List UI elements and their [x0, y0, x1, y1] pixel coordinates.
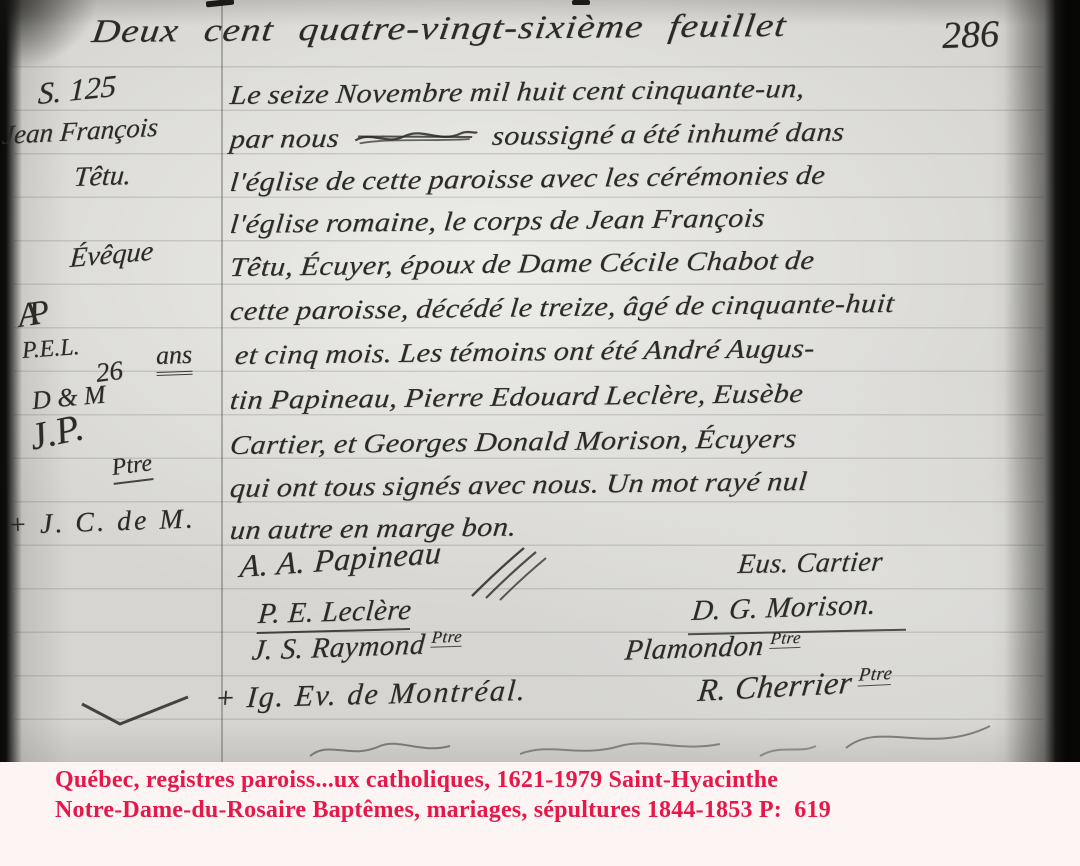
margin-initials-jcdem: + J. C. de M. — [7, 503, 196, 542]
record-line-7: et cinq mois. Les témoins ont été André … — [234, 333, 817, 371]
signature-morison: D. G. Morison. — [690, 589, 878, 628]
record-line-3: l'église de cette paroisse avec les céré… — [229, 160, 827, 198]
margin-role: Évêque — [69, 236, 154, 275]
margin-name-line2: Têtu. — [73, 160, 133, 194]
signature-plamondon: PlamondonPtre — [623, 628, 802, 668]
record-line-5: Têtu, Écuyer, époux de Dame Cécile Chabo… — [229, 245, 816, 283]
signature-paraph — [462, 546, 552, 602]
signature-cherrier-title: Ptre — [858, 663, 894, 687]
signature-plamondon-name: Plamondon — [623, 630, 765, 667]
source-caption: Québec, registres paroiss...ux catholiqu… — [0, 762, 1080, 866]
signature-bishop: + Ig. Ev. de Montréal. — [214, 674, 529, 716]
signature-cherrier: R. CherrierPtre — [696, 662, 894, 709]
signature-raymond-name: J. S. Raymond — [251, 629, 427, 667]
register-photo: Deux cent quatre-vingt-sixième feuillet … — [0, 0, 1080, 762]
signature-raymond: J. S. RaymondPtre — [251, 627, 463, 668]
scanned-register-page: Deux cent quatre-vingt-sixième feuillet … — [0, 0, 1080, 866]
signature-cherrier-name: R. Cherrier — [696, 664, 854, 708]
record-line-9: Cartier, et Georges Donald Morison, Écuy… — [229, 423, 799, 461]
scratched-word — [352, 125, 480, 151]
margin-ptre: Ptre — [110, 450, 154, 485]
signature-flourish-tail — [840, 718, 1000, 758]
signature-cartier: Eus. Cartier — [736, 546, 884, 581]
signature-plamondon-title: Ptre — [770, 628, 803, 649]
cutoff-strokes — [300, 736, 820, 762]
margin-initials-jp: J.P. — [25, 405, 87, 459]
handwriting-layer: Deux cent quatre-vingt-sixième feuillet … — [0, 0, 1080, 762]
folio-header-line: Deux cent quatre-vingt-sixième feuillet — [90, 8, 789, 51]
margin-name-line1: Jean François — [1, 112, 159, 151]
page-number: 286 — [941, 12, 1000, 58]
record-line-2b: soussigné a été inhumé dans — [491, 117, 846, 151]
record-line-6: cette paroisse, décédé le treize, âgé de… — [229, 288, 896, 327]
record-line-2a: par nous — [229, 123, 341, 154]
record-line-2: par nous soussigné a été inhumé dans — [229, 117, 846, 155]
margin-initials-pel: P.E.L. — [21, 334, 80, 365]
margin-entry-number: S. 125 — [37, 68, 116, 112]
record-line-4: l'église romaine, le corps de Jean Franç… — [229, 202, 767, 240]
record-line-10: qui ont tous signés avec nous. Un mot ra… — [229, 466, 809, 504]
record-line-8: tin Papineau, Pierre Edouard Leclère, Eu… — [229, 378, 805, 416]
margin-correction-ans: ans — [155, 340, 192, 376]
check-mark-stroke — [80, 694, 192, 730]
signature-raymond-title: Ptre — [431, 627, 463, 648]
margin-monogram: AP — [15, 295, 42, 336]
record-line-1: Le seize Novembre mil huit cent cinquant… — [229, 73, 807, 111]
signature-leclere: P. E. Leclère — [257, 594, 413, 634]
caption-line-2: Notre-Dame-du-Rosaire Baptêmes, mariages… — [55, 797, 831, 824]
caption-line-1: Québec, registres paroiss...ux catholiqu… — [55, 767, 778, 794]
